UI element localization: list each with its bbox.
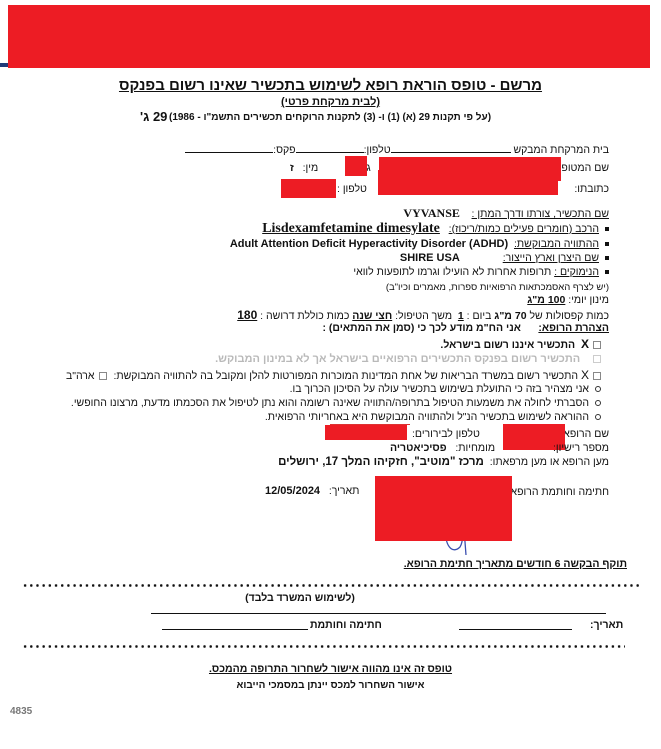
date-label: תאריך: (329, 485, 360, 497)
patient-address-label: כתובתו: (574, 183, 609, 195)
composition-value: Lisdexamfetamine dimesylate (262, 221, 440, 236)
option-registered-other-dose: התכשיר רשום בפנקס התכשירים הרפואיים בישר… (215, 353, 580, 365)
drug-name-label: שם התכשיר, צורתו ודרך המתן : (472, 208, 609, 220)
office-date-label: תאריך: (590, 619, 623, 631)
office-date-field[interactable] (459, 629, 572, 630)
pharmacy-phone-label: טלפון: (364, 144, 391, 156)
checkbox-mark: X (581, 368, 589, 382)
drug-name-value: VYVANSE (403, 206, 459, 220)
redacted-doctor-phone (325, 425, 407, 440)
patient-sex-value: ז (290, 162, 294, 174)
country-value: ארה"ב (66, 370, 95, 382)
circle-bullet-icon (595, 400, 601, 406)
option-registered-abroad: התכשיר רשום במשרד הבריאות של אחת המדינות… (113, 370, 578, 382)
dotted-separator (22, 584, 639, 587)
circle-bullet-icon (595, 414, 601, 420)
pharmacy-fax-field[interactable] (185, 143, 273, 153)
total-label: כמות כוללת דרושה : (260, 310, 349, 322)
circle-bullet-icon (595, 386, 601, 392)
pharmacy-phone-field[interactable] (296, 143, 364, 153)
pharmacy-field[interactable] (391, 143, 511, 153)
regulation-reference: (על פי תקנות 29 (א) (1) ו- (3) לתקנות הר… (169, 112, 491, 123)
manufacturer-label: שם היצרן וארץ הייצור: (503, 252, 599, 264)
bullet-icon (605, 256, 609, 260)
redacted-patient-age (345, 156, 367, 176)
form-title: מרשם - טופס הוראת רופא לשימוש בתכשיר שאי… (0, 77, 661, 94)
page-code: 4835 (10, 706, 32, 717)
office-signature-label: חתימה וחותמת (310, 619, 382, 631)
checkbox-not-registered[interactable] (593, 341, 601, 349)
specialty-value: פסיכיאטריה (390, 442, 447, 454)
redacted-patient-address (378, 170, 558, 195)
statement-responsibility: ההוראה לשימוש בתכשיר הנ"ל ולהתוויה המבוק… (265, 411, 589, 423)
validity-notice: תוקף הבקשה 6 חודשים מתאריך חתימת הרופא. (404, 558, 627, 570)
doctor-phone-label: טלפון לבירורים: (412, 428, 480, 440)
indication-label: ההתוויה המבוקשת: (514, 238, 599, 250)
daily-dose-label: מינון יומי: (568, 294, 609, 306)
clinic-label: מען הרופא או מען מרפאתו: (490, 456, 609, 468)
redacted-signature (375, 476, 512, 541)
duration-label: משך הטיפול: (395, 310, 452, 322)
pharmacy-fax-label: פקס: (273, 144, 295, 156)
redacted-header (8, 5, 650, 68)
form-subtitle: (לבית מרקחת פרטי) (0, 96, 661, 108)
statement-consent: הסברתי לחולה את משמעות הטיפול בתרופה/התו… (71, 397, 589, 409)
declaration-intro: אני הח"מ מודע לכך כי (סמן את המתאים) : (322, 322, 520, 334)
statement-benefit: אני מצהיר בזה כי התועלת בשימוש בתכשיר עו… (290, 383, 589, 395)
bullet-icon (605, 242, 609, 246)
capsule-strength: 70 מ"ג (494, 310, 526, 322)
bullet-icon (605, 227, 609, 231)
reasons-note: (יש לצרף האסמכתאות הרפואיות ספרות, מאמרי… (386, 282, 609, 293)
checkbox-registered-other-dose[interactable] (593, 355, 601, 363)
reasons-label: הנימוקים : (554, 266, 599, 278)
office-label: (לשימוש המשרד בלבד) (245, 592, 355, 604)
duration-value: חצי שנה (352, 310, 392, 322)
per-day-label: ביום : (467, 310, 492, 322)
office-signature-field[interactable] (162, 629, 308, 630)
composition-label: הרכב (חומרים פעילים כמות/ריכוז): (449, 223, 599, 235)
specialty-label: מומחיות: (455, 442, 495, 454)
pharmacy-label: בית המרקחת המבקש (513, 144, 609, 156)
per-day-value: 1 (458, 310, 464, 322)
form-code: 29 ג' (140, 109, 167, 124)
checkbox-registered-abroad[interactable] (593, 372, 601, 380)
signature-label: חתימה וחותמת הרופא: (508, 486, 609, 498)
patient-sex-label: מין: (303, 162, 319, 174)
customs-subnotice: אישור השחרור למכס יינתן במסמכי הייבוא (237, 680, 425, 691)
clinic-value: מרכז "מוטיב", חזקיהו המלך 17, ירושלים (278, 456, 484, 468)
manufacturer-value: SHIRE USA (400, 252, 460, 264)
total-value: 180 (237, 308, 257, 322)
daily-dose-value: 100 מ"ג (527, 294, 565, 306)
redacted-patient-phone (281, 179, 336, 198)
customs-notice: טופס זה אינו מהווה אישור לשחרור התרופה מ… (209, 663, 452, 675)
patient-phone-label: טלפון : (337, 183, 367, 195)
checkbox-mark: X (581, 337, 589, 351)
declaration-label: הצהרת הרופא: (538, 322, 609, 334)
option-not-registered: התכשיר איננו רשום בישראל. (440, 339, 575, 351)
date-value: 12/05/2024 (265, 485, 320, 497)
bullet-icon (605, 270, 609, 274)
checkbox-country[interactable] (99, 372, 107, 380)
dotted-separator (22, 645, 625, 648)
office-line[interactable] (151, 613, 606, 614)
reasons-value: תרופות אחרות לא הועילו וגרמו לתופעות לוו… (353, 266, 551, 278)
license-label: מספר רישיון: (553, 442, 609, 454)
capsules-prefix: כמות קפסולות של (529, 310, 609, 322)
indication-value: Adult Attention Deficit Hyperactivity Di… (230, 238, 508, 250)
doctor-name-label: שם הרופא: (560, 428, 609, 440)
